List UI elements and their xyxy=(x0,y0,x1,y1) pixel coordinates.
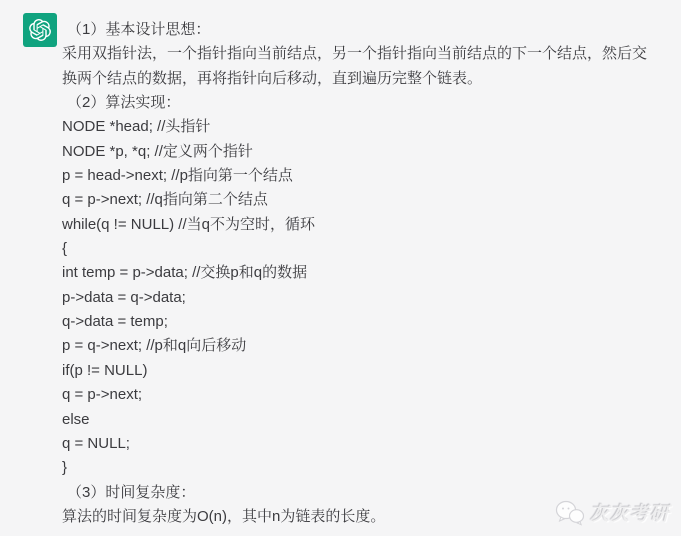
message-line: 采用双指针法，一个指针指向当前结点，另一个指针指向当前结点的下一个结点，然后交 xyxy=(62,42,662,66)
message-line: （1）基本设计思想： xyxy=(62,18,662,42)
message-line: NODE *head; //头指针 xyxy=(62,115,662,139)
message-line: else xyxy=(62,408,662,432)
chat-screenshot: { "colors": { "background": "#f5f5f6", "… xyxy=(0,0,681,536)
message-line: （2）算法实现： xyxy=(62,91,662,115)
message-line: while(q != NULL) //当q不为空时，循环 xyxy=(62,213,662,237)
message-line: 算法的时间复杂度为O(n)，其中n为链表的长度。 xyxy=(62,505,662,529)
message-line: q = NULL; xyxy=(62,432,662,456)
message-line: { xyxy=(62,237,662,261)
message-line: p = q->next; //p和q向后移动 xyxy=(62,334,662,358)
message-line: if(p != NULL) xyxy=(62,359,662,383)
message-line: q = p->next; //q指向第二个结点 xyxy=(62,188,662,212)
message-line: q = p->next; xyxy=(62,383,662,407)
message-line: int temp = p->data; //交换p和q的数据 xyxy=(62,261,662,285)
message-content: （1）基本设计思想：采用双指针法，一个指针指向当前结点，另一个指针指向当前结点的… xyxy=(62,18,662,529)
openai-logo-icon xyxy=(29,19,51,41)
message-line: q->data = temp; xyxy=(62,310,662,334)
message-line: } xyxy=(62,456,662,480)
chatgpt-avatar xyxy=(23,13,57,47)
message-line: 换两个结点的数据，再将指针向后移动，直到遍历完整个链表。 xyxy=(62,67,662,91)
message-line: NODE *p, *q; //定义两个指针 xyxy=(62,140,662,164)
message-line: p->data = q->data; xyxy=(62,286,662,310)
message-line: （3）时间复杂度： xyxy=(62,481,662,505)
message-line: p = head->next; //p指向第一个结点 xyxy=(62,164,662,188)
